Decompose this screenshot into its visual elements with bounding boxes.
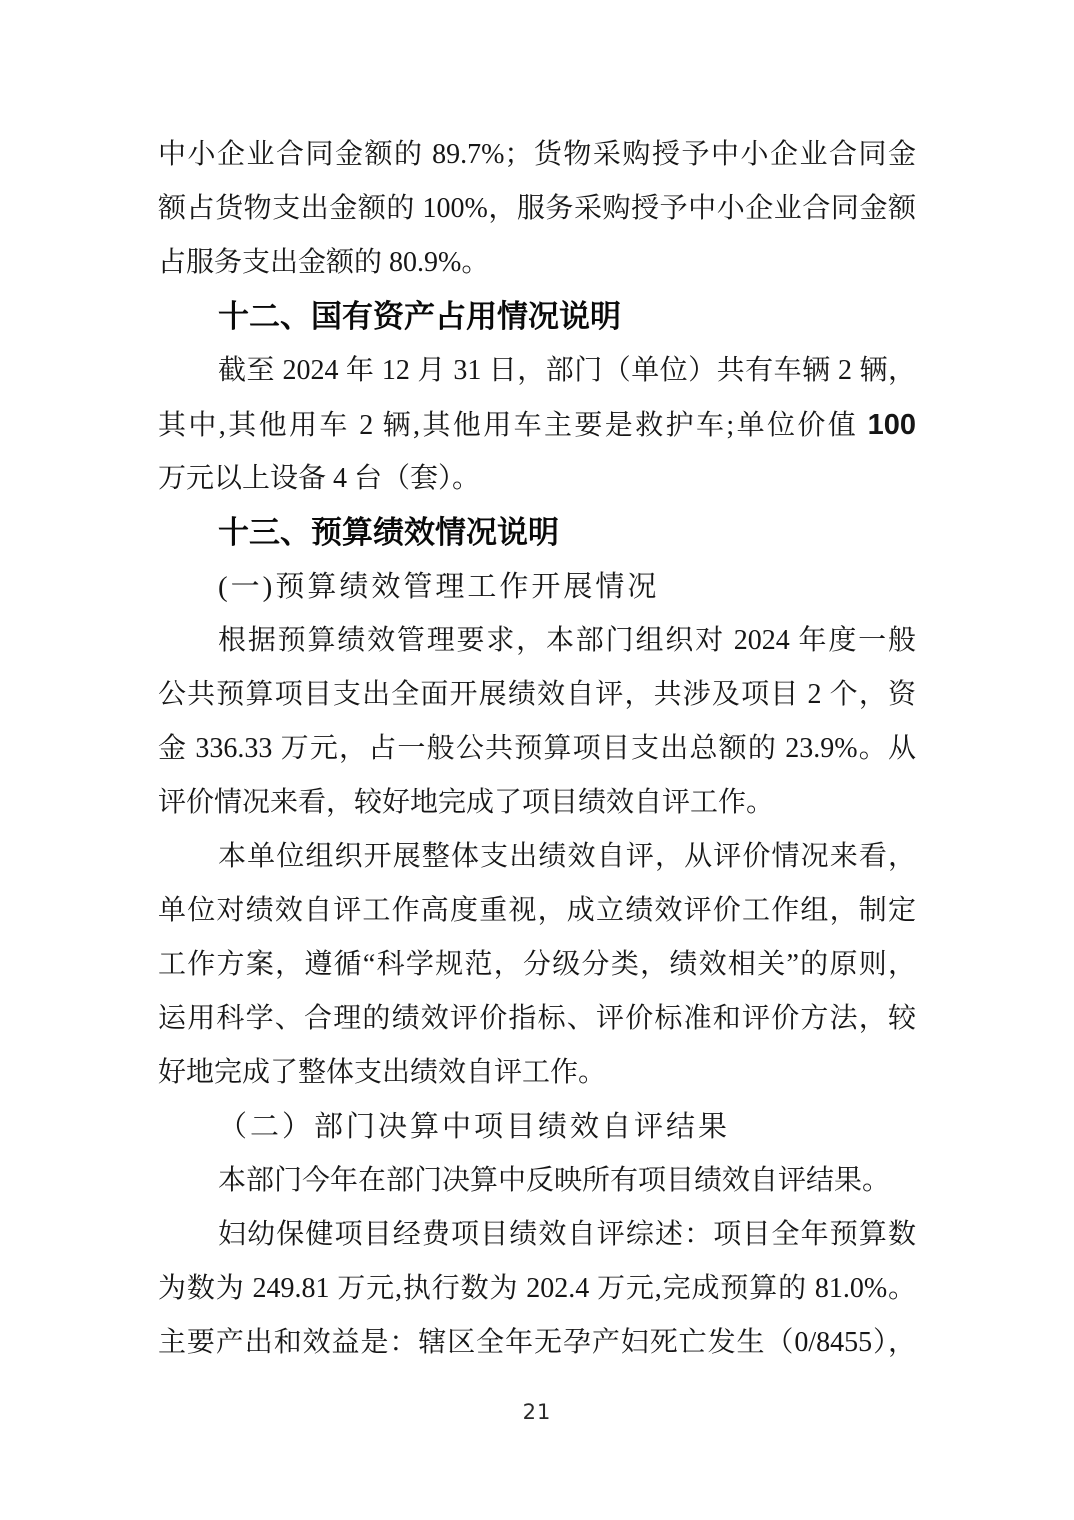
- text-segment: 中小企业合同金额的 89.7%；货物采购授予中小企业合同金: [158, 139, 916, 170]
- body-text-line: 万元以上设备 4 台（套）。: [158, 452, 916, 506]
- page-footer: 21: [0, 1400, 1074, 1424]
- text-segment: 评价情况来看，较好地完成了项目绩效自评工作。: [158, 787, 774, 818]
- body-text-line: 单位对绩效自评工作高度重视，成立绩效评价工作组，制定: [158, 884, 916, 938]
- body-text-line: 妇幼保健项目经费项目绩效自评综述：项目全年预算数: [158, 1208, 916, 1262]
- text-segment: 为数为 249.81 万元,执行数为 202.4 万元,完成预算的 81.0%。: [158, 1273, 916, 1304]
- text-segment: 占服务支出金额的 80.9%。: [158, 247, 489, 278]
- body-text-line: 截至 2024 年 12 月 31 日，部门（单位）共有车辆 2 辆，: [158, 344, 916, 398]
- body-text-line: 好地完成了整体支出绩效自评工作。: [158, 1046, 916, 1100]
- sub-heading: （二）部门决算中项目绩效自评结果: [158, 1100, 916, 1154]
- body-text-line: 运用科学、合理的绩效评价指标、评价标准和评价方法，较: [158, 992, 916, 1046]
- text-segment: 根据预算绩效管理要求，本部门组织对 2024 年度一般: [218, 625, 916, 656]
- body-text-line: 根据预算绩效管理要求，本部门组织对 2024 年度一般: [158, 614, 916, 668]
- text-segment: 公共预算项目支出全面开展绩效自评，共涉及项目 2 个，资: [158, 679, 916, 710]
- section-heading: 十二、国有资产占用情况说明: [158, 290, 916, 344]
- body-text-line: 中小企业合同金额的 89.7%；货物采购授予中小企业合同金: [158, 128, 916, 182]
- text-segment: 好地完成了整体支出绩效自评工作。: [158, 1057, 606, 1088]
- text-segment: 工作方案，遵循“科学规范，分级分类，绩效相关”的原则，: [158, 949, 916, 980]
- body-text-line: 公共预算项目支出全面开展绩效自评，共涉及项目 2 个，资: [158, 668, 916, 722]
- document-page: 中小企业合同金额的 89.7%；货物采购授予中小企业合同金额占货物支出金额的 1…: [0, 0, 1074, 1520]
- body-text-line: 金 336.33 万元，占一般公共预算项目支出总额的 23.9%。从: [158, 722, 916, 776]
- text-segment: （二）部门决算中项目绩效自评结果: [218, 1111, 730, 1143]
- sub-heading: (一)预算绩效管理工作开展情况: [158, 560, 916, 614]
- body-text-line: 额占货物支出金额的 100%，服务采购授予中小企业合同金额: [158, 182, 916, 236]
- emphasized-number: 100: [868, 409, 916, 441]
- body-text-line: 占服务支出金额的 80.9%。: [158, 236, 916, 290]
- text-segment: 主要产出和效益是：辖区全年无孕产妇死亡发生（0/8455），: [158, 1327, 916, 1358]
- body-text-line: 工作方案，遵循“科学规范，分级分类，绩效相关”的原则，: [158, 938, 916, 992]
- text-segment: 万元以上设备 4 台（套）。: [158, 463, 480, 494]
- text-segment: 本部门今年在部门决算中反映所有项目绩效自评结果。: [218, 1165, 890, 1196]
- body-text-line: 其中,其他用车 2 辆,其他用车主要是救护车;单位价值 100: [158, 398, 916, 452]
- body-text-line: 评价情况来看，较好地完成了项目绩效自评工作。: [158, 776, 916, 830]
- text-segment: 单位对绩效自评工作高度重视，成立绩效评价工作组，制定: [158, 895, 916, 926]
- text-segment: 金 336.33 万元，占一般公共预算项目支出总额的 23.9%。从: [158, 733, 916, 764]
- text-segment: 运用科学、合理的绩效评价指标、评价标准和评价方法，较: [158, 1003, 916, 1034]
- page-number: 21: [523, 1400, 552, 1424]
- text-segment: 额占货物支出金额的 100%，服务采购授予中小企业合同金额: [158, 193, 916, 224]
- section-heading: 十三、预算绩效情况说明: [158, 506, 916, 560]
- text-segment: 十二、国有资产占用情况说明: [218, 299, 621, 334]
- body-text-line: 本部门今年在部门决算中反映所有项目绩效自评结果。: [158, 1154, 916, 1208]
- text-segment: 十三、预算绩效情况说明: [218, 515, 559, 550]
- document-body: 中小企业合同金额的 89.7%；货物采购授予中小企业合同金额占货物支出金额的 1…: [158, 128, 916, 1370]
- text-segment: (一)预算绩效管理工作开展情况: [218, 571, 659, 603]
- text-segment: 本单位组织开展整体支出绩效自评，从评价情况来看，: [218, 841, 916, 872]
- text-segment: 截至 2024 年 12 月 31 日，部门（单位）共有车辆 2 辆，: [218, 355, 916, 386]
- body-text-line: 本单位组织开展整体支出绩效自评，从评价情况来看，: [158, 830, 916, 884]
- body-text-line: 为数为 249.81 万元,执行数为 202.4 万元,完成预算的 81.0%。: [158, 1262, 916, 1316]
- body-text-line: 主要产出和效益是：辖区全年无孕产妇死亡发生（0/8455），: [158, 1316, 916, 1370]
- text-segment: 其中,其他用车 2 辆,其他用车主要是救护车;单位价值: [158, 410, 868, 441]
- text-segment: 妇幼保健项目经费项目绩效自评综述：项目全年预算数: [218, 1219, 916, 1250]
